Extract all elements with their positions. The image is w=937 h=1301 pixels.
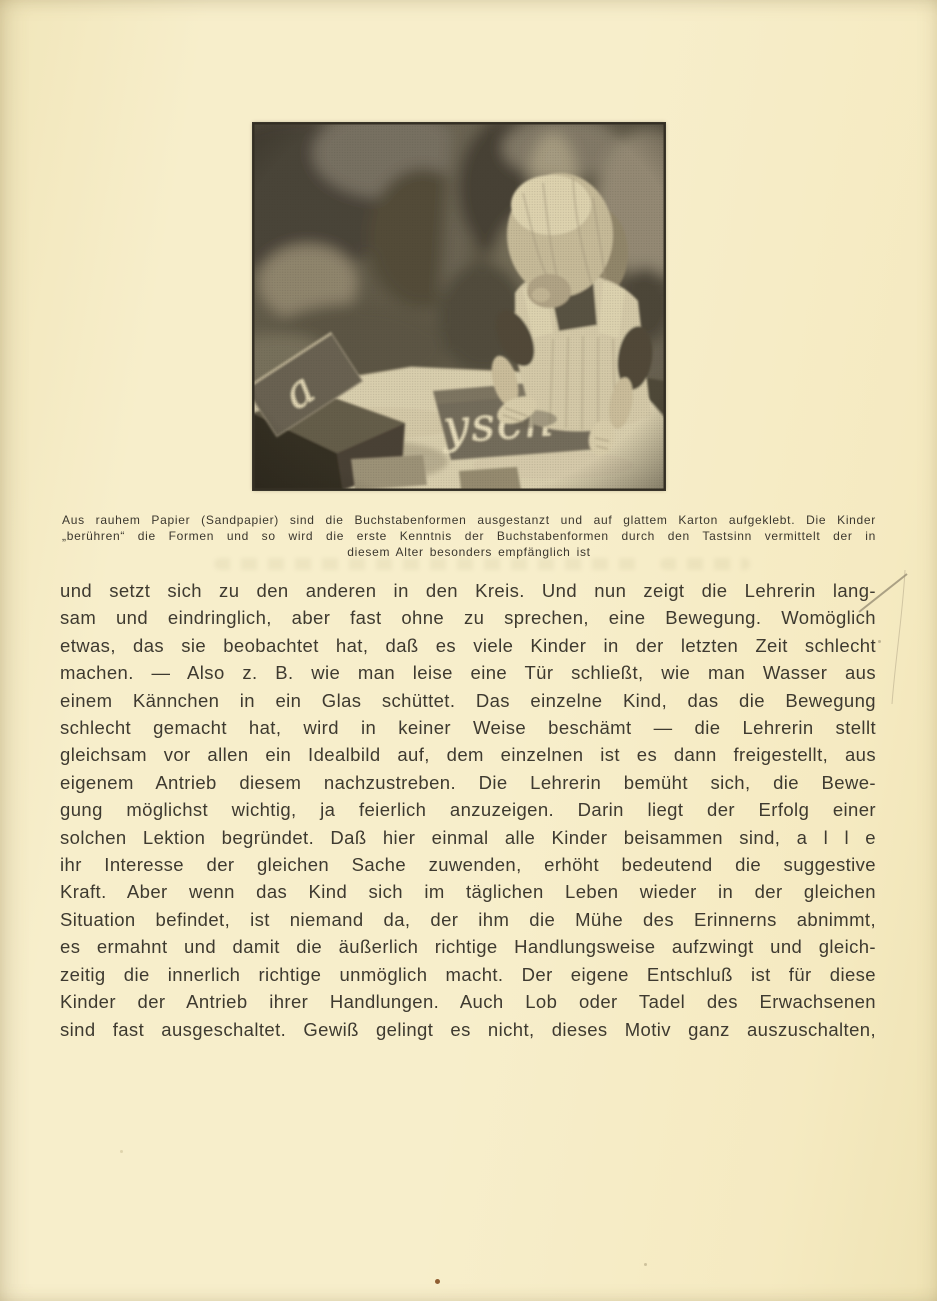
body-text-line: solchen Lektion begründet. Daß hier einm… bbox=[60, 824, 876, 851]
photo-caption: Aus rauhem Papier (Sandpapier) sind die … bbox=[62, 512, 876, 561]
scanned-book-page: a ysch bbox=[0, 0, 937, 1301]
photo-child-tracing-sandpaper-letters: a ysch bbox=[253, 123, 665, 490]
body-text-line: etwas, das sie beobachtet hat, daß es vi… bbox=[60, 632, 876, 659]
paper-speck bbox=[120, 1150, 123, 1153]
body-text-line: schlecht gemacht hat, wird in keiner Wei… bbox=[60, 714, 876, 741]
ink-bleedthrough-smudge bbox=[660, 558, 750, 570]
body-text-line: zeitig die innerlich richtige unmöglich … bbox=[60, 961, 876, 988]
body-text-line: eigenem Antrieb diesem nachzustreben. Di… bbox=[60, 769, 876, 796]
body-text-line: einem Kännchen in ein Glas schüttet. Das… bbox=[60, 687, 876, 714]
caption-line: „berühren“ die Formen und so wird die er… bbox=[62, 528, 876, 544]
body-text-line: sam und eindringlich, aber fast ohne zu … bbox=[60, 604, 876, 631]
body-text-line: Kraft. Aber wenn das Kind sich im täglic… bbox=[60, 878, 876, 905]
body-text-line: Kinder der Antrieb ihrer Handlungen. Auc… bbox=[60, 988, 876, 1015]
body-text-line: gleichsam vor allen ein Idealbild auf, d… bbox=[60, 741, 876, 768]
paper-speck bbox=[644, 1263, 647, 1266]
ink-bleedthrough-smudge bbox=[214, 558, 644, 570]
body-text-line: machen. — Also z. B. wie man leise eine … bbox=[60, 659, 876, 686]
photo-vignette bbox=[253, 123, 665, 490]
body-text-line: sind fast ausgeschaltet. Gewiß gelingt e… bbox=[60, 1016, 876, 1043]
body-text-line: gung möglichst wichtig, ja feierlich anz… bbox=[60, 796, 876, 823]
paper-speck bbox=[878, 640, 881, 643]
pencil-scratch-mark bbox=[845, 552, 915, 712]
body-text: und setzt sich zu den anderen in den Kre… bbox=[60, 577, 876, 1043]
body-text-line: ihr Interesse der gleichen Sache zuwende… bbox=[60, 851, 876, 878]
caption-line: Aus rauhem Papier (Sandpapier) sind die … bbox=[62, 512, 876, 528]
body-text-line: Situation befindet, ist niemand da, der … bbox=[60, 906, 876, 933]
body-text-line: es ermahnt und damit die äußerlich richt… bbox=[60, 933, 876, 960]
body-text-line: und setzt sich zu den anderen in den Kre… bbox=[60, 577, 876, 604]
paper-speck bbox=[435, 1279, 440, 1284]
photo-illustration: a ysch bbox=[253, 123, 665, 490]
